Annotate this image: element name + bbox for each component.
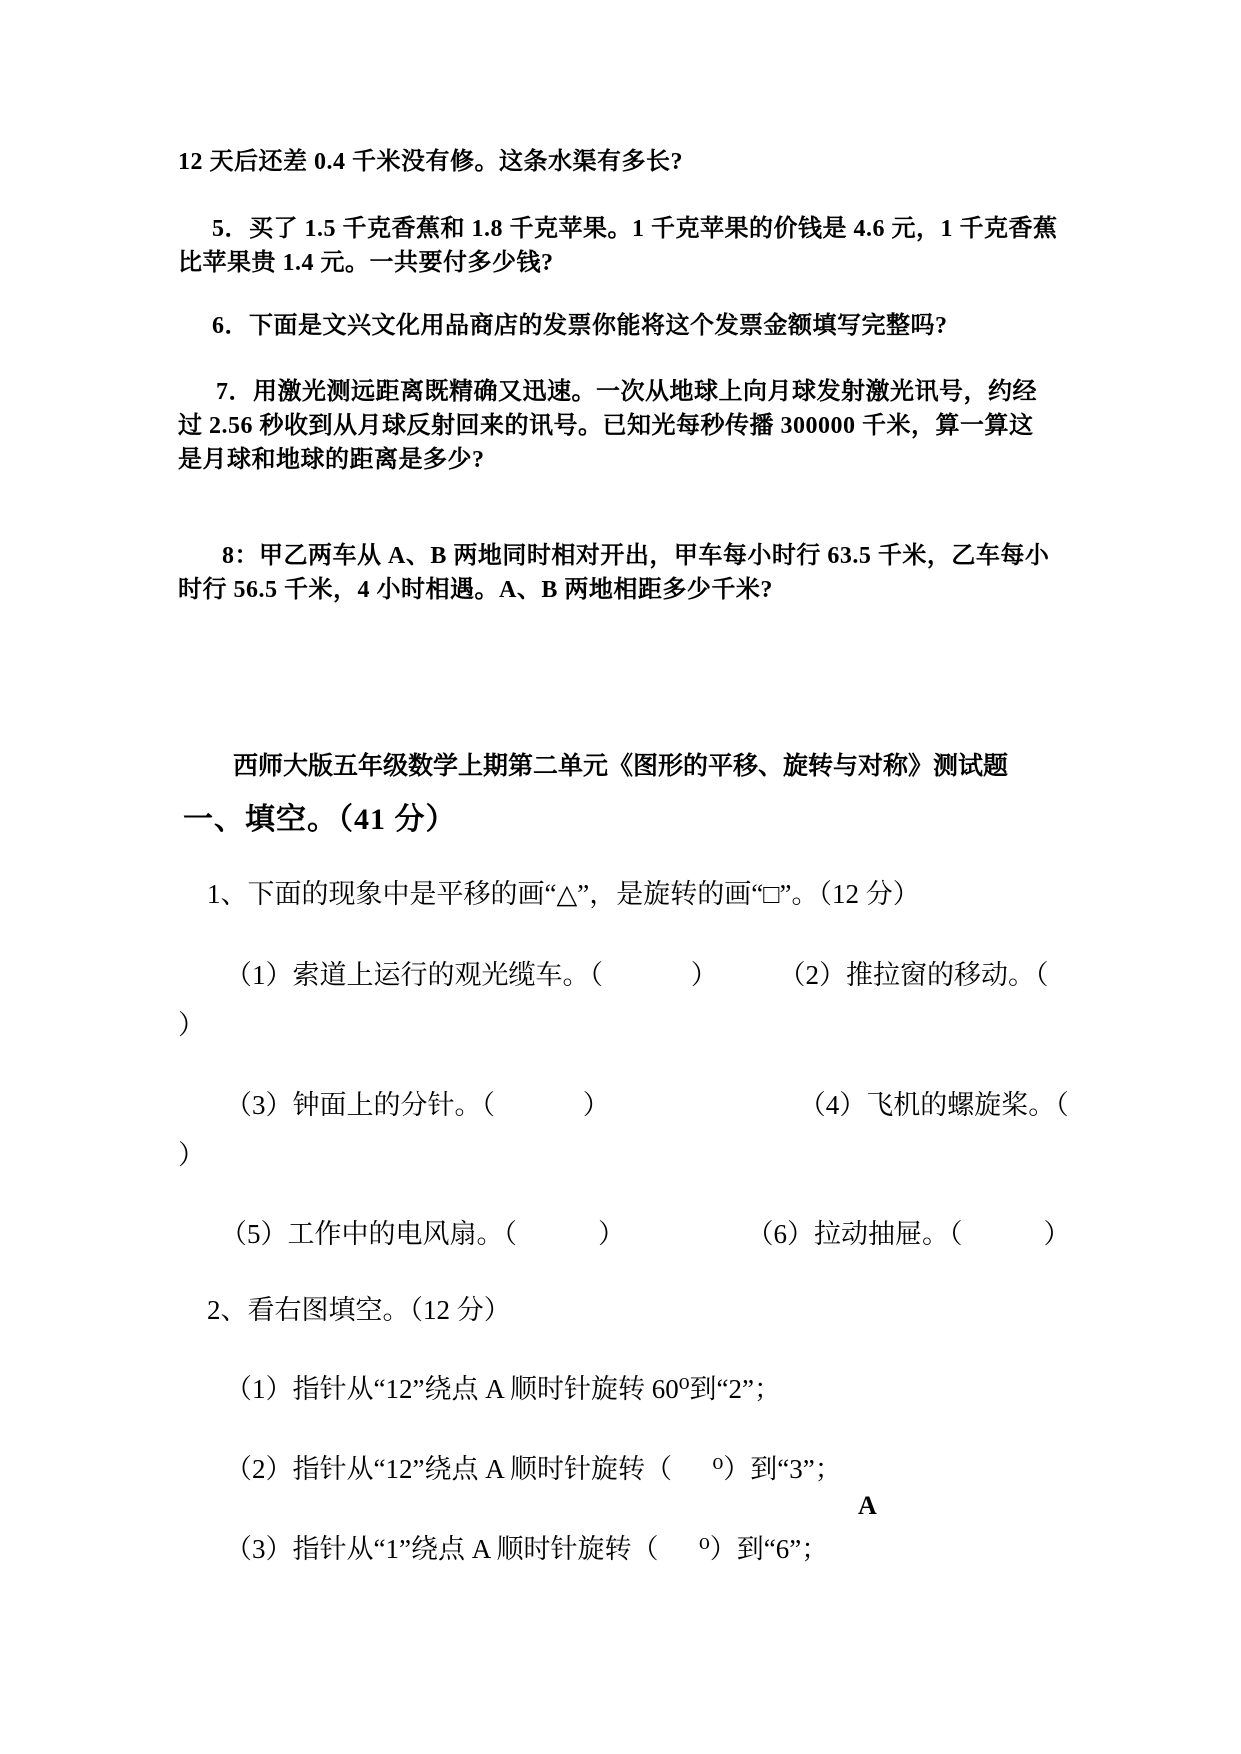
- question-1-items-3-4: （3）钟面上的分针。（ ） （4）飞机的螺旋桨。（: [225, 1080, 1069, 1130]
- problem-7-line-1: 7．用激光测远距离既精确又迅速。一次从地球上向月球发射激光讯号，约经: [216, 375, 1037, 409]
- question-1-stem: 1、下面的现象中是平移的画“△”，是旋转的画“□”。（12 分）: [207, 869, 920, 919]
- problem-6-line: 6．下面是文兴文化用品商店的发票你能将这个发票金额填写完整吗?: [212, 309, 948, 343]
- question-1-item-4-close-paren: ）: [178, 1130, 205, 1180]
- question-1-item-2-close-paren: ）: [178, 1000, 205, 1050]
- section-1-heading: 一、填空。（41 分）: [183, 799, 457, 841]
- problem-8-line-1: 8：甲乙两车从 A、B 两地同时相对开出，甲车每小时行 63.5 千米，乙车每小: [222, 539, 1049, 573]
- question-1-items-5-6: （5）工作中的电风扇。（ ） （6）拉动抽屉。（ ）: [220, 1209, 1071, 1259]
- problem-7-line-2: 过 2.56 秒收到从月球反射回来的讯号。已知光每秒传播 300000 千米，算…: [178, 409, 1034, 443]
- question-1-items-1-2: （1）索道上运行的观光缆车。（ ） （2）推拉窗的移动。（: [225, 950, 1049, 1000]
- problem-8-line-2: 时行 56.5 千米，4 小时相遇。A、B 两地相距多少千米?: [178, 573, 773, 607]
- question-2-item-2: （2）指针从“12”绕点 A 顺时针旋转（ ⁰）到“3”；: [225, 1444, 842, 1494]
- problem-5-line-1: 5．买了 1.5 千克香蕉和 1.8 千克苹果。1 千克苹果的价钱是 4.6 元…: [212, 212, 1058, 246]
- test-paper-page: 12 天后还差 0.4 千米没有修。这条水渠有多长? 5．买了 1.5 千克香蕉…: [0, 0, 1241, 1754]
- question-2-item-1: （1）指针从“12”绕点 A 顺时针旋转 60⁰到“2”；: [225, 1364, 781, 1414]
- problem-7-line-3: 是月球和地球的距离是多少?: [178, 443, 485, 477]
- test-paper-title: 西师大版五年级数学上期第二单元《图形的平移、旋转与对称》测试题: [0, 749, 1241, 785]
- problem-4-tail-line: 12 天后还差 0.4 千米没有修。这条水渠有多长?: [178, 145, 683, 179]
- question-2-stem: 2、看右图填空。（12 分）: [207, 1285, 511, 1335]
- question-2-item-3: （3）指针从“1”绕点 A 顺时针旋转（ ⁰）到“6”；: [225, 1524, 828, 1574]
- point-a-label: A: [858, 1491, 877, 1521]
- problem-5-line-2: 比苹果贵 1.4 元。一共要付多少钱?: [178, 246, 554, 280]
